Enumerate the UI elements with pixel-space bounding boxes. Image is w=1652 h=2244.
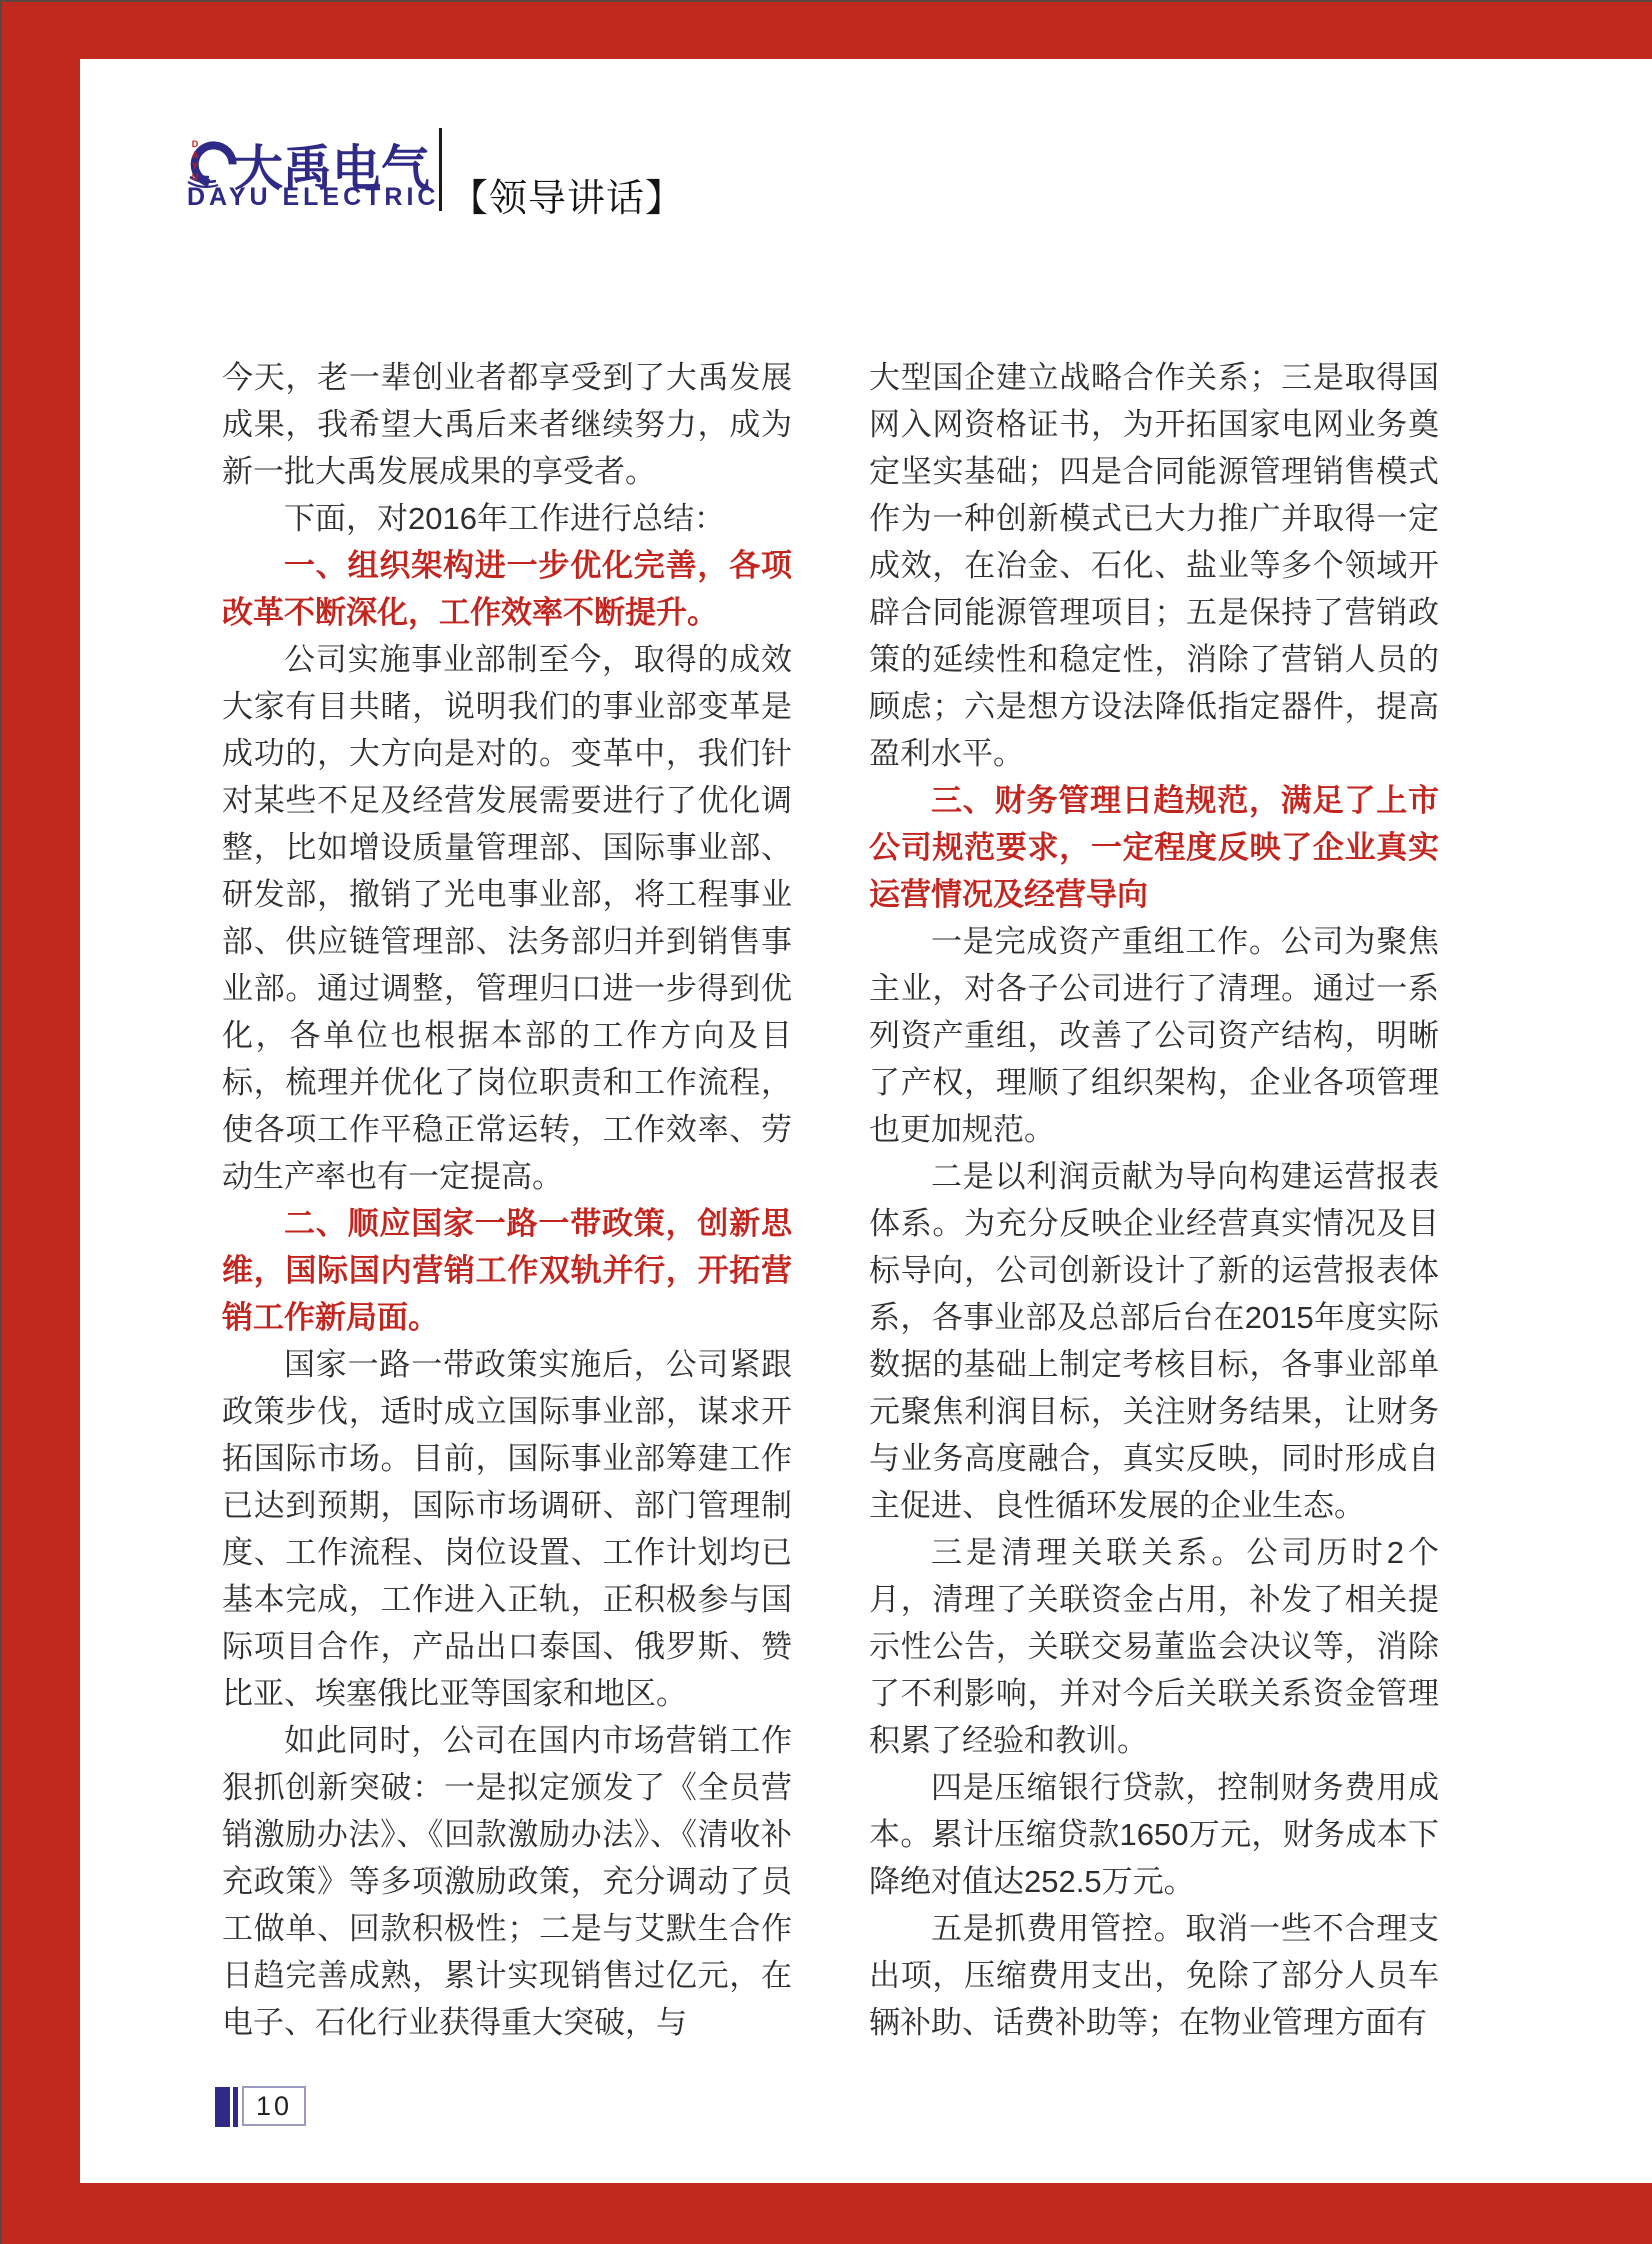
paragraph: 一是完成资产重组工作。公司为聚焦主业，对各子公司进行了清理。通过一系列资产重组，… — [869, 918, 1439, 1153]
paragraph: 一、组织架构进一步优化完善，各项改革不断深化，工作效率不断提升。 — [222, 542, 792, 636]
paragraph: 公司实施事业部制至今，取得的成效大家有目共睹，说明我们的事业部变革是成功的，大方… — [222, 636, 792, 1200]
paragraph: 大型国企建立战略合作关系；三是取得国网入网资格证书，为开拓国家电网业务奠定坚实基… — [869, 354, 1439, 777]
paragraph: 下面，对2016年工作进行总结： — [222, 495, 792, 542]
brand-name-english: DAYU ELECTRIC — [187, 183, 440, 212]
page-number-badge: 10 — [242, 2086, 306, 2126]
paragraph: 国家一路一带政策实施后，公司紧跟政策步伐，适时成立国际事业部，谋求开拓国际市场。… — [222, 1341, 792, 1717]
section-title: 【领导讲话】 — [450, 167, 684, 222]
paragraph: 五是抓费用管控。取消一些不合理支出项，压缩费用支出，免除了部分人员车辆补助、话费… — [869, 1905, 1439, 2046]
paragraph: 三是清理关联关系。公司历时2个月，清理了关联资金占用，补发了相关提示性公告，关联… — [869, 1529, 1439, 1764]
paragraph: 今天，老一辈创业者都享受到了大禹发展成果，我希望大禹后来者继续努力，成为新一批大… — [222, 354, 792, 495]
paragraph: 四是压缩银行贷款，控制财务费用成本。累计压缩贷款1650万元，财务成本下降绝对值… — [869, 1764, 1439, 1905]
paragraph: 三、财务管理日趋规范，满足了上市公司规范要求，一定程度反映了企业真实运营情况及经… — [869, 777, 1439, 918]
frame-left-bar — [2, 2, 80, 2244]
paragraph: 二、顺应国家一路一带政策，创新思维，国际国内营销工作双轨并行，开拓营销工作新局面… — [222, 1200, 792, 1341]
dayu-logo-mark-text: DAYU — [190, 139, 200, 185]
paragraph: 二是以利润贡献为导向构建运营报表体系。为充分反映企业经营真实情况及目标导向，公司… — [869, 1153, 1439, 1529]
frame-top-bar — [2, 2, 1652, 59]
frame-bottom-bar — [2, 2183, 1652, 2244]
paragraph: 如此同时，公司在国内市场营销工作狠抓创新突破：一是拟定颁发了《全员营销激励办法》… — [222, 1717, 792, 2046]
page-number: 10 — [256, 2091, 292, 2122]
page-number-marker-thin — [233, 2087, 238, 2127]
article-left-column: 今天，老一辈创业者都享受到了大禹发展成果，我希望大禹后来者继续努力，成为新一批大… — [222, 354, 792, 2046]
header-divider — [439, 128, 442, 211]
article-right-column: 大型国企建立战略合作关系；三是取得国网入网资格证书，为开拓国家电网业务奠定坚实基… — [869, 354, 1439, 2046]
magazine-page: DAYU 大禹电气 DAYU ELECTRIC 【领导讲话】 今天，老一辈创业者… — [0, 0, 1652, 2244]
page-number-marker-thick — [215, 2087, 230, 2127]
